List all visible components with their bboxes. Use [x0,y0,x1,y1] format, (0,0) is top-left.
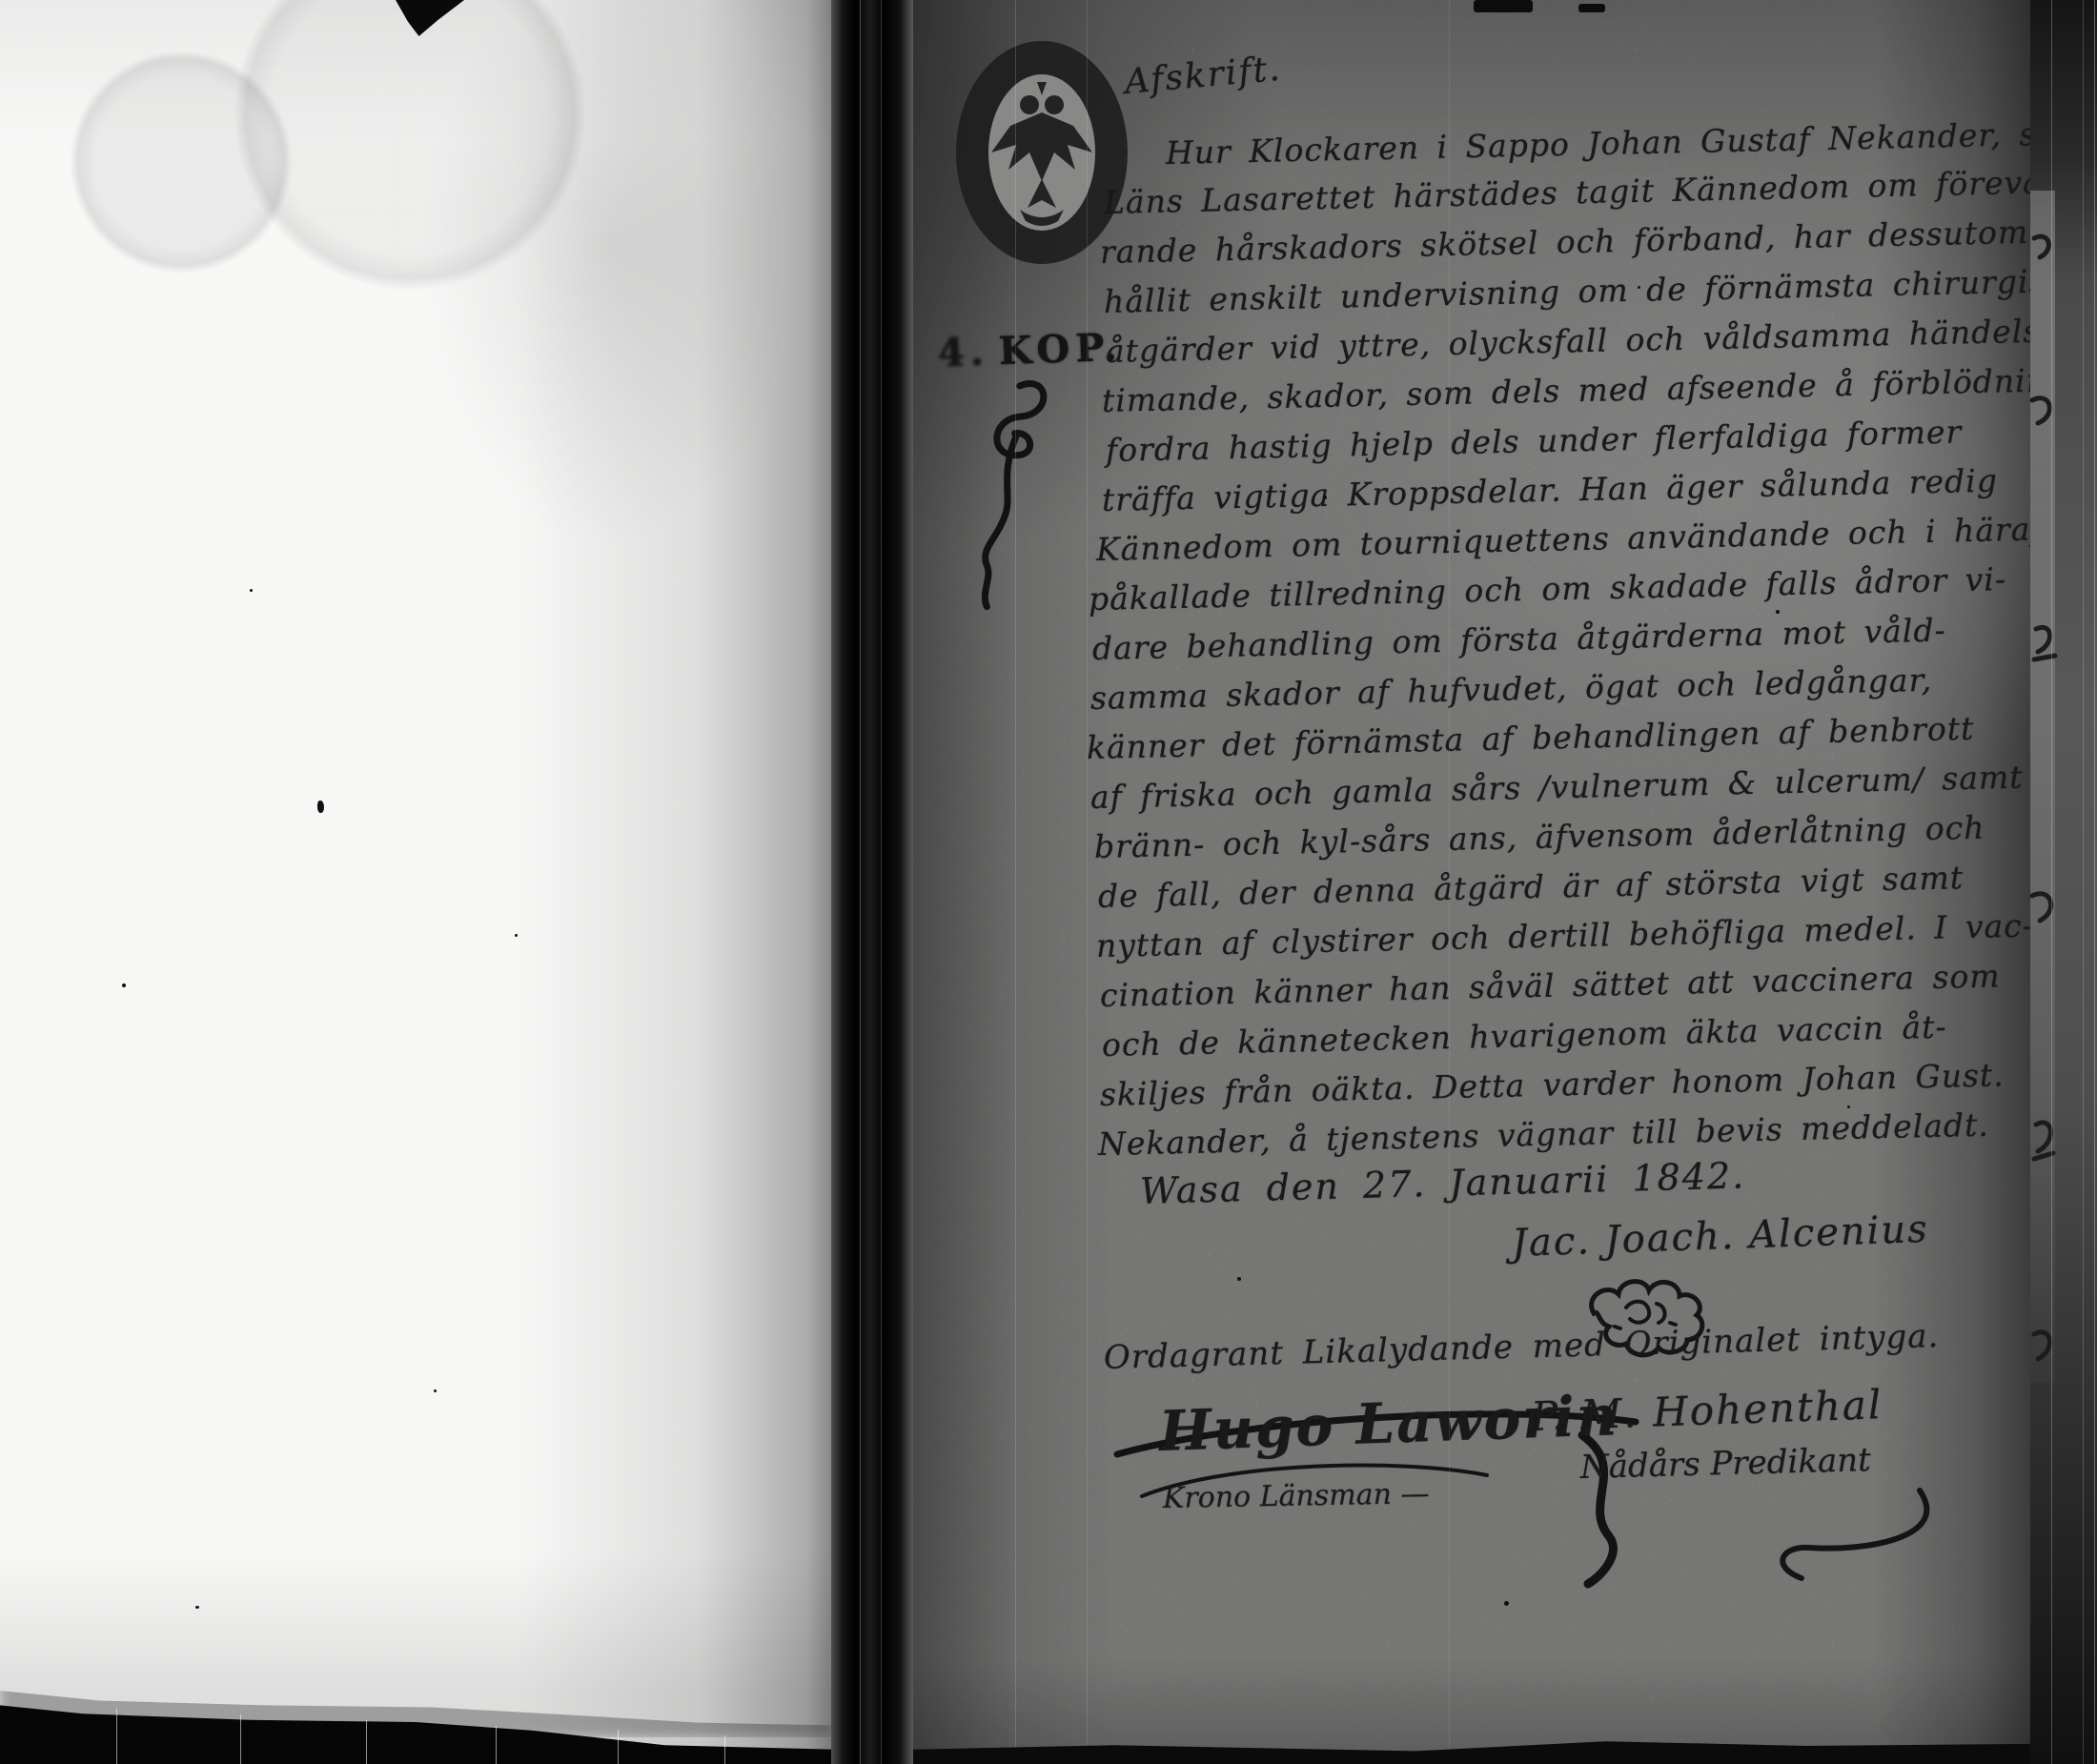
body-line: hållit enskilt undervisning om de förnäm… [1104,262,2087,320]
kop-stamp: 4.KOP. [937,325,1123,376]
body-line: cination känner han såväl sättet att vac… [1100,957,2001,1014]
right-written-page: 4.KOP. Afskrift. Hur Klockaren i Sappo J… [913,0,2030,1764]
witness-title-left: Krono Länsman — [1163,1477,1430,1515]
dateline: Wasa den 27. Januarii 1842. [1139,1154,1745,1212]
page-top-tear-mark [396,0,464,36]
page-bottom-edge-shadow [913,1732,2030,1764]
body-line: bränn- och kyl-sårs ans, äfvensom åderlå… [1094,809,1985,865]
ink-speck [317,801,324,813]
scratch-line [1015,0,1016,1764]
body-line: känner det förnämsta af behandlingen af … [1087,710,1975,766]
document-heading: Afskrift. [1123,50,1283,102]
body-line: skiljes från oäkta. Detta varder honom J… [1100,1056,2005,1113]
scratch-line [881,0,882,1764]
scratch-line [2051,0,2052,1764]
scratch-line [724,1735,725,1764]
scratch-line [2094,0,2095,1764]
ink-speck [1323,496,1327,499]
scratch-line [240,1714,241,1764]
scratch-line [366,1720,367,1764]
top-edge-mark [1578,4,1605,12]
body-line: dare behandling om första åtgärderna mot… [1092,611,1946,667]
scanned-document-page: 4.KOP. Afskrift. Hur Klockaren i Sappo J… [0,0,2097,1764]
top-edge-mark [1474,0,1533,12]
ink-speck [250,589,253,592]
body-line: de fall, der denna åtgärd är af största … [1098,859,1965,915]
scratch-line [618,1730,619,1764]
ink-speck [1237,1277,1241,1281]
body-line: och de kännetecken hvarigenom äkta vacci… [1102,1008,1947,1064]
scratch-line [1449,0,1450,1764]
kop-stamp-value: 4. [937,330,989,376]
body-line: samma skador af hufvudet, ögat och ledgå… [1090,661,1933,717]
scratch-line [2083,0,2084,1764]
ink-speck [434,1389,437,1392]
ink-speck [1776,610,1780,614]
body-line: träffa vigtiga Kroppsdelar. Han äger sål… [1102,461,1999,517]
main-signature: Jac. Joach. Alcenius [1511,1207,1929,1266]
scratch-line [860,0,861,1764]
scratch-line [1087,0,1088,1764]
signature-flourish-tail [1638,1483,1943,1597]
body-line: påkallade tillredning och om skadade fal… [1089,560,2007,618]
body-line: nyttan af clystirer och dertill behöflig… [1096,907,2035,964]
attestation-line: Ordagrant Likalydande med Originalet int… [1103,1317,1939,1377]
witness-title-right: Nådårs Predikant [1579,1441,1871,1487]
ink-speck [1847,1105,1850,1108]
body-line: timande, skador, som dels med afseende å… [1102,361,2069,419]
scratch-line [116,1709,117,1764]
ink-speck [122,983,126,987]
vertical-handwriting-note [950,370,1061,616]
ink-speck [195,1606,199,1609]
ink-speck [1504,1601,1509,1606]
body-line: Hur Klockaren i Sappo Johan Gustaf Nekan… [1166,113,2097,172]
book-gutter-shadow [831,0,913,1764]
body-line: Läns Lasarettet härstädes tagit Kännedom… [1104,163,2055,221]
body-line: åtgärder vid yttre, olycksfall och vålds… [1106,312,2076,370]
body-line: af friska och gamla sårs /vulnerum & ulc… [1090,759,2024,816]
body-line: Kännedom om tourniquettens användande oc… [1096,510,2044,568]
book-edge-band [2030,0,2097,1764]
body-line: fordra hastig hjelp dels under flerfaldi… [1106,413,1963,469]
ink-speck [1638,286,1640,289]
ink-speck [515,934,518,937]
scratch-line [496,1726,497,1764]
left-blank-page [0,0,831,1764]
body-line: rande hårskadors skötsel och förband, ha… [1100,212,2094,271]
body-line: Nekander, å tjenstens vägnar till bevis … [1098,1106,1990,1163]
